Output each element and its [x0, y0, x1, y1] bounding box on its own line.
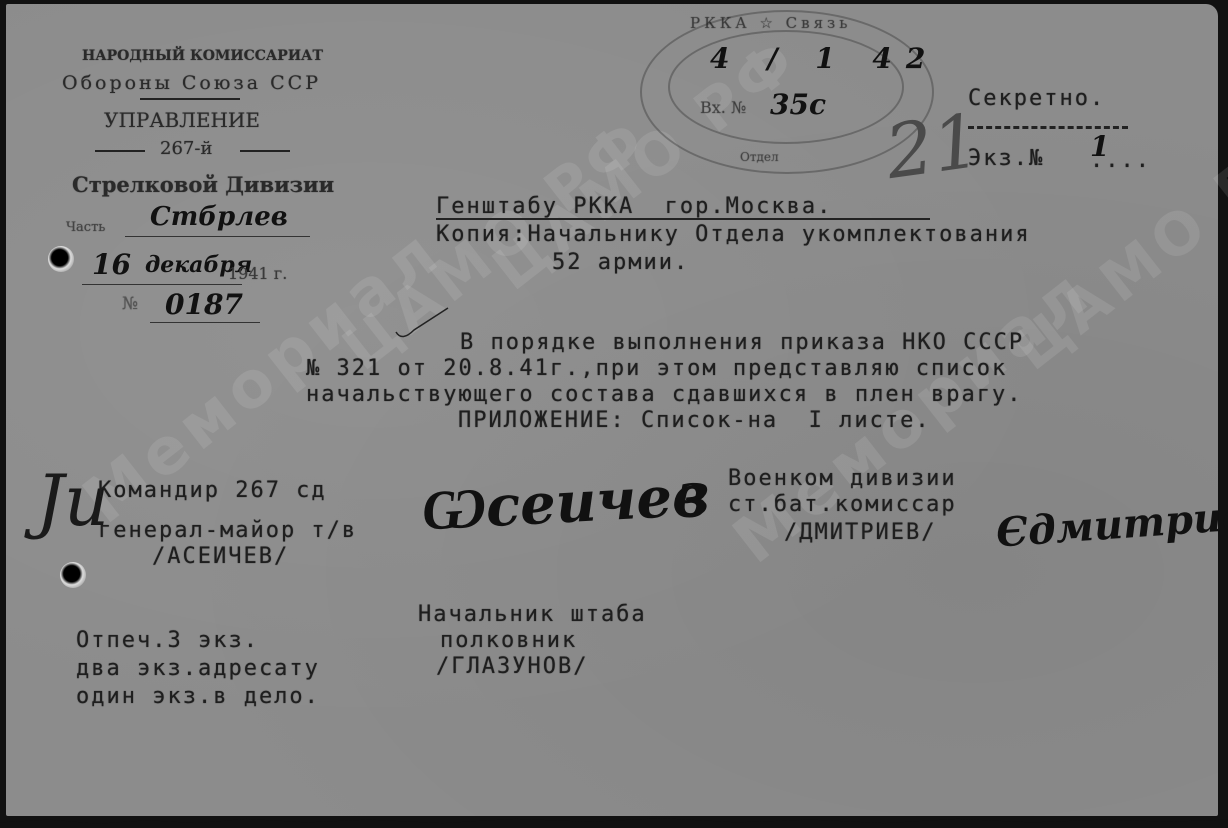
- chief-of-staff-title-line-2: полковник: [440, 628, 577, 653]
- torn-edge: [0, 814, 1228, 828]
- addressee-line-2: Копия:Начальнику Отдела укомплектования: [436, 222, 1031, 247]
- letterhead-line-5: Стрелковой Дивизии: [72, 172, 334, 197]
- commissar-title-line-2: ст.бат.комиссар: [728, 492, 957, 517]
- letterhead-line-4: 267-й: [160, 138, 212, 159]
- date-day-handwritten: 16: [92, 248, 131, 281]
- number-label: №: [122, 294, 138, 314]
- letterhead-line-2: Обороны Союза ССР: [62, 72, 321, 94]
- letterhead-divider-1: [140, 98, 240, 100]
- registry-stamp-header: РККА ☆ Связь: [690, 14, 851, 32]
- commander-title-line-2: генерал-майор т/в: [98, 518, 357, 543]
- commander-title-line-1: Командир 267 сд: [98, 478, 327, 503]
- distribution-line-2: два экз.адресату: [76, 656, 320, 681]
- classification-dashes: [968, 126, 1128, 129]
- addressee-line-1: Генштабу РККА гор.Москва.: [436, 194, 832, 219]
- punch-hole-top: [48, 246, 74, 272]
- copy-number-label: Экз.№: [968, 146, 1044, 171]
- chief-of-staff-name: /ГЛАЗУНОВ/: [436, 654, 588, 679]
- registry-stamp-footer: Отдел: [740, 150, 779, 164]
- chief-of-staff-title-line-1: Начальник штаба: [418, 602, 647, 627]
- number-value-handwritten: 0187: [165, 288, 243, 321]
- letterhead-divider-2: [95, 150, 145, 152]
- number-underline: [150, 322, 260, 323]
- commissar-title-line-1: Военком дивизии: [728, 466, 957, 491]
- commander-signature-initial: З: [676, 474, 709, 528]
- unit-underline: [125, 236, 310, 237]
- addressee-line-3: 52 армии.: [552, 250, 689, 275]
- copy-number-dots: ....: [1090, 148, 1151, 173]
- punch-hole-bottom: [60, 562, 86, 588]
- date-year: 1941 г.: [228, 264, 287, 283]
- unit-label: Часть: [66, 220, 105, 235]
- check-stroke: [392, 304, 452, 344]
- addressee-underline: [436, 218, 930, 220]
- registry-number-handwritten: 35с: [770, 88, 826, 121]
- registry-date-handwritten: 4 / 1 42: [710, 42, 939, 75]
- body-line-3: начальствующего состава сдавшихся в плен…: [306, 382, 1023, 407]
- unit-value-handwritten: Стбрлев: [150, 202, 288, 232]
- letterhead-divider-3: [240, 150, 290, 152]
- letterhead-line-1: НАРОДНЫЙ КОМИССАРИАТ: [82, 48, 323, 64]
- classification-secret: Секретно.: [968, 86, 1105, 111]
- body-line-4: ПРИЛОЖЕНИЕ: Список-на I листе.: [458, 408, 931, 433]
- commander-name: /АСЕИЧЕВ/: [152, 544, 289, 569]
- distribution-line-3: один экз.в дело.: [76, 684, 320, 709]
- registry-number-label: Вх. №: [700, 98, 746, 117]
- commissar-name: /ДМИТРИЕВ/: [784, 520, 936, 545]
- body-line-1: В порядке выполнения приказа НКО СССР: [460, 330, 1024, 355]
- distribution-line-1: Отпеч.3 экз.: [76, 628, 259, 653]
- letterhead-line-3: УПРАВЛЕНИЕ: [104, 108, 260, 132]
- date-underline: [82, 284, 242, 285]
- body-line-2: № 321 от 20.8.41г.,при этом представляю …: [306, 356, 1007, 381]
